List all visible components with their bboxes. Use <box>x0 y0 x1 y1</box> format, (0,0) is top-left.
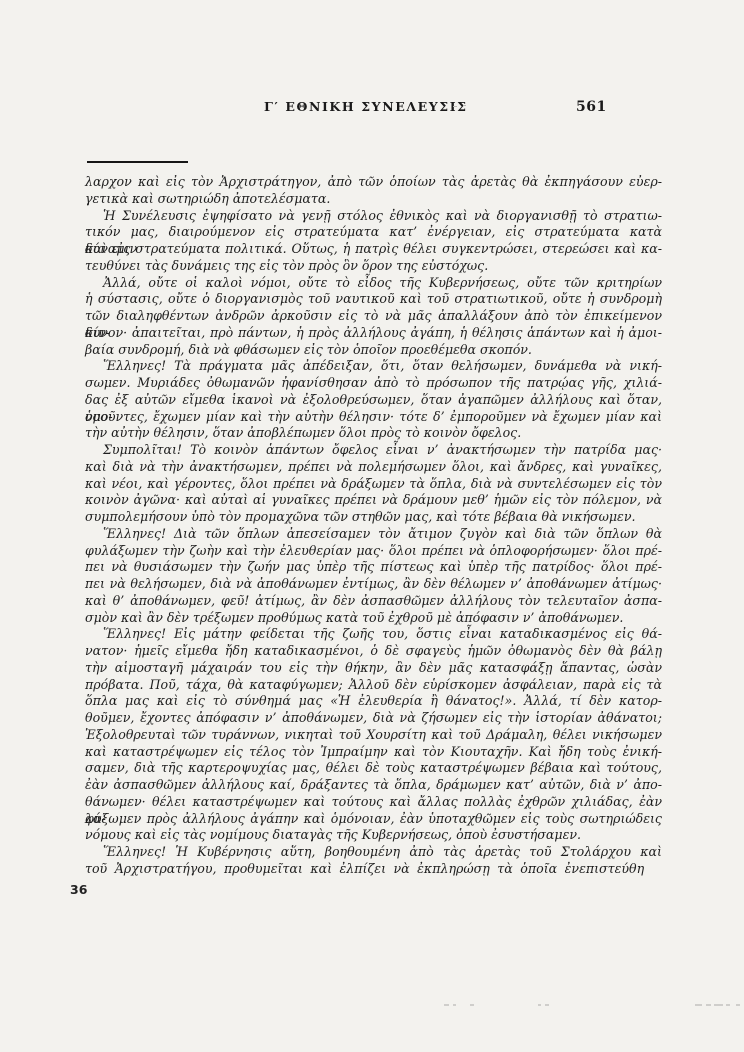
text-line: πρόβατα. Ποῦ, τάχα, θὰ καταφύγωμεν; Ἀλλο… <box>85 677 662 694</box>
text-line: νατον· ἡμεῖς εἴμεθα ἤδη καταδικασμένοι, … <box>85 643 662 660</box>
text-line: Ἡ Συνέλευσις ἐψηφίσατο νὰ γενῇ στόλος ἐθ… <box>85 208 662 225</box>
scan-artifact <box>470 1004 474 1006</box>
text-line: σαμεν, διὰ τῆς καρτεροψυχίας μας, θέλει … <box>85 760 662 777</box>
text-line: Ἕλληνες! Διὰ τῶν ὅπλων ἀπεσείσαμεν τὸν ἄ… <box>85 526 662 543</box>
text-line: ὅπλα μας καὶ εἰς τὸ σύνθημά μας «Ἡ ἐλευθ… <box>85 693 662 710</box>
scan-artifact <box>706 1004 711 1006</box>
paragraph: Ἀλλά, οὔτε οἱ καλοὶ νόμοι, οὔτε τὸ εἶδος… <box>85 275 662 359</box>
text-line: θάνωμεν· θέλει καταστρέψωμεν καὶ τούτους… <box>85 794 662 811</box>
text-line: καὶ καταστρέψωμεν εἰς τέλος τὸν Ἰμπραίμη… <box>85 744 662 761</box>
text-line: τικόν μας, διαιρούμενον εἰς στρατεύματα … <box>85 224 662 241</box>
text-line: ἐὰν ἀσπασθῶμεν ἀλλήλους καί, δράξαντες τ… <box>85 777 662 794</box>
paragraph: Ἕλληνες! Τὰ πράγματα μᾶς ἀπέδειξαν, ὅτι,… <box>85 358 662 442</box>
body-text: λαρχον καὶ εἰς τὸν Ἀρχιστράτηγον, ἀπὸ τῶ… <box>85 174 662 878</box>
scan-artifact <box>545 1004 549 1006</box>
scan-artifact <box>538 1004 541 1006</box>
text-line: γετικὰ καὶ σωτηριώδη ἀποτελέσματα. <box>85 191 662 208</box>
text-line: καὶ θ’ ἀποθάνωμεν, φεῦ! ἀτίμως, ἂν δὲν ἀ… <box>85 593 662 610</box>
scan-artifact <box>453 1004 456 1006</box>
text-line: καὶ διὰ νὰ τὴν ἀνακτήσωμεν, πρέπει νὰ πο… <box>85 459 662 476</box>
scan-artifact <box>444 1004 449 1006</box>
text-line: καὶ εἰς στρατεύματα πολιτικά. Οὕτως, ἡ π… <box>85 241 662 258</box>
text-line: τὴν αὐτὴν θέλησιν, ὅταν ἀποβλέπωμεν ὅλοι… <box>85 425 662 442</box>
scan-speck <box>453 106 457 107</box>
text-line: νοοῦντες, ἔχωμεν μίαν καὶ τὴν αὐτὴν θέλη… <box>85 409 662 426</box>
text-line: τοῦ Ἀρχιστρατήγου, προθυμεῖται καὶ ἐλπίζ… <box>85 861 662 878</box>
text-line: φυλάξωμεν τὴν ζωὴν καὶ τὴν ἐλευθερίαν μα… <box>85 543 662 560</box>
page-number: 561 <box>576 99 607 115</box>
text-line: λαρχον καὶ εἰς τὸν Ἀρχιστράτηγον, ἀπὸ τῶ… <box>85 174 662 191</box>
text-line: σμὸν καὶ ἂν δὲν τρέξωμεν προθύμως κατὰ τ… <box>85 610 662 627</box>
paragraph: Ἡ Συνέλευσις ἐψηφίσατο νὰ γενῇ στόλος ἐθ… <box>85 208 662 275</box>
text-line: Ἕλληνες! Ἡ Κυβέρνησις αὕτη, βοηθουμένη ἀ… <box>85 844 662 861</box>
text-line: κοινὸν ἀγῶνα· καὶ αὐταὶ αἱ γυναῖκες πρέπ… <box>85 492 662 509</box>
text-line: βαία συνδρομή, διὰ νὰ φθάσωμεν εἰς τὸν ὁ… <box>85 342 662 359</box>
text-line: δυνον· ἀπαιτεῖται, πρὸ πάντων, ἡ πρὸς ἀλ… <box>85 325 662 342</box>
scan-artifact <box>736 1004 740 1006</box>
separator-rule <box>87 161 188 163</box>
text-line: συμπολεμήσουν ὑπὸ τὸν προμαχῶνα τῶν στηθ… <box>85 509 662 526</box>
scan-artifact <box>695 1004 702 1006</box>
scan-speck <box>463 105 466 106</box>
paragraph: λαρχον καὶ εἰς τὸν Ἀρχιστράτηγον, ἀπὸ τῶ… <box>85 174 662 208</box>
scan-artifact <box>726 1004 730 1006</box>
text-line: τῶν διαληφθέντων ἀνδρῶν ἀρκοῦσιν εἰς τὸ … <box>85 308 662 325</box>
text-line: Ἐξολοθρευταὶ τῶν τυράννων, νικηταὶ τοῦ Χ… <box>85 727 662 744</box>
text-line: τὴν αἱμοσταγῆ μάχαιράν του εἰς τὴν θήκην… <box>85 660 662 677</box>
folio-number: 36 <box>70 882 87 897</box>
text-line: πει νὰ θελήσωμεν, διὰ νὰ ἀποθάνωμεν ἐντί… <box>85 576 662 593</box>
text-line: Ἕλληνες! Εἰς μάτην φείδεται τῆς ζωῆς του… <box>85 626 662 643</box>
paragraph: Συμπολῖται! Τὸ κοινὸν ἁπάντων ὄφελος εἶν… <box>85 442 662 526</box>
text-line: τευθύνει τὰς δυνάμεις της εἰς τὸν πρὸς ὃ… <box>85 258 662 275</box>
text-line: καὶ νέοι, καὶ γέροντες, ὅλοι πρέπει νὰ δ… <box>85 476 662 493</box>
paragraph: Ἕλληνες! Εἰς μάτην φείδεται τῆς ζωῆς του… <box>85 626 662 844</box>
paragraph: Ἕλληνες! Ἡ Κυβέρνησις αὕτη, βοηθουμένη ἀ… <box>85 844 662 878</box>
scanned-page: Γ′ ΕΘΝΙΚΗ ΣΥΝΕΛΕΥΣΙΣ 561 λαρχον καὶ εἰς … <box>0 0 744 1052</box>
scan-artifact <box>714 1004 723 1006</box>
text-line: νόμους καὶ εἰς τὰς νομίμους διαταγὰς τῆς… <box>85 827 662 844</box>
text-line: θοῦμεν, ἔχοντες ἀπόφασιν ν’ ἀποθάνωμεν, … <box>85 710 662 727</box>
text-line: σωμεν. Μυριάδες ὀθωμανῶν ἠφανίσθησαν ἀπὸ… <box>85 375 662 392</box>
text-line: πει νὰ θυσιάσωμεν τὴν ζωήν μας ὑπὲρ τῆς … <box>85 559 662 576</box>
paragraph: Ἕλληνες! Διὰ τῶν ὅπλων ἀπεσείσαμεν τὸν ἄ… <box>85 526 662 627</box>
text-line: Συμπολῖται! Τὸ κοινὸν ἁπάντων ὄφελος εἶν… <box>85 442 662 459</box>
text-line: ἡ σύστασις, οὔτε ὁ διοργανισμὸς τοῦ ναυτ… <box>85 291 662 308</box>
running-title: Γ′ ΕΘΝΙΚΗ ΣΥΝΕΛΕΥΣΙΣ <box>264 99 468 114</box>
text-line: Ἕλληνες! Τὰ πράγματα μᾶς ἀπέδειξαν, ὅτι,… <box>85 358 662 375</box>
text-line: λάξωμεν πρὸς ἀλλήλους ἀγάπην καὶ ὁμόνοια… <box>85 811 662 828</box>
text-line: δας ἐξ αὐτῶν εἴμεθα ἱκανοὶ νὰ ἐξολοθρεύσ… <box>85 392 662 409</box>
text-line: Ἀλλά, οὔτε οἱ καλοὶ νόμοι, οὔτε τὸ εἶδος… <box>85 275 662 292</box>
